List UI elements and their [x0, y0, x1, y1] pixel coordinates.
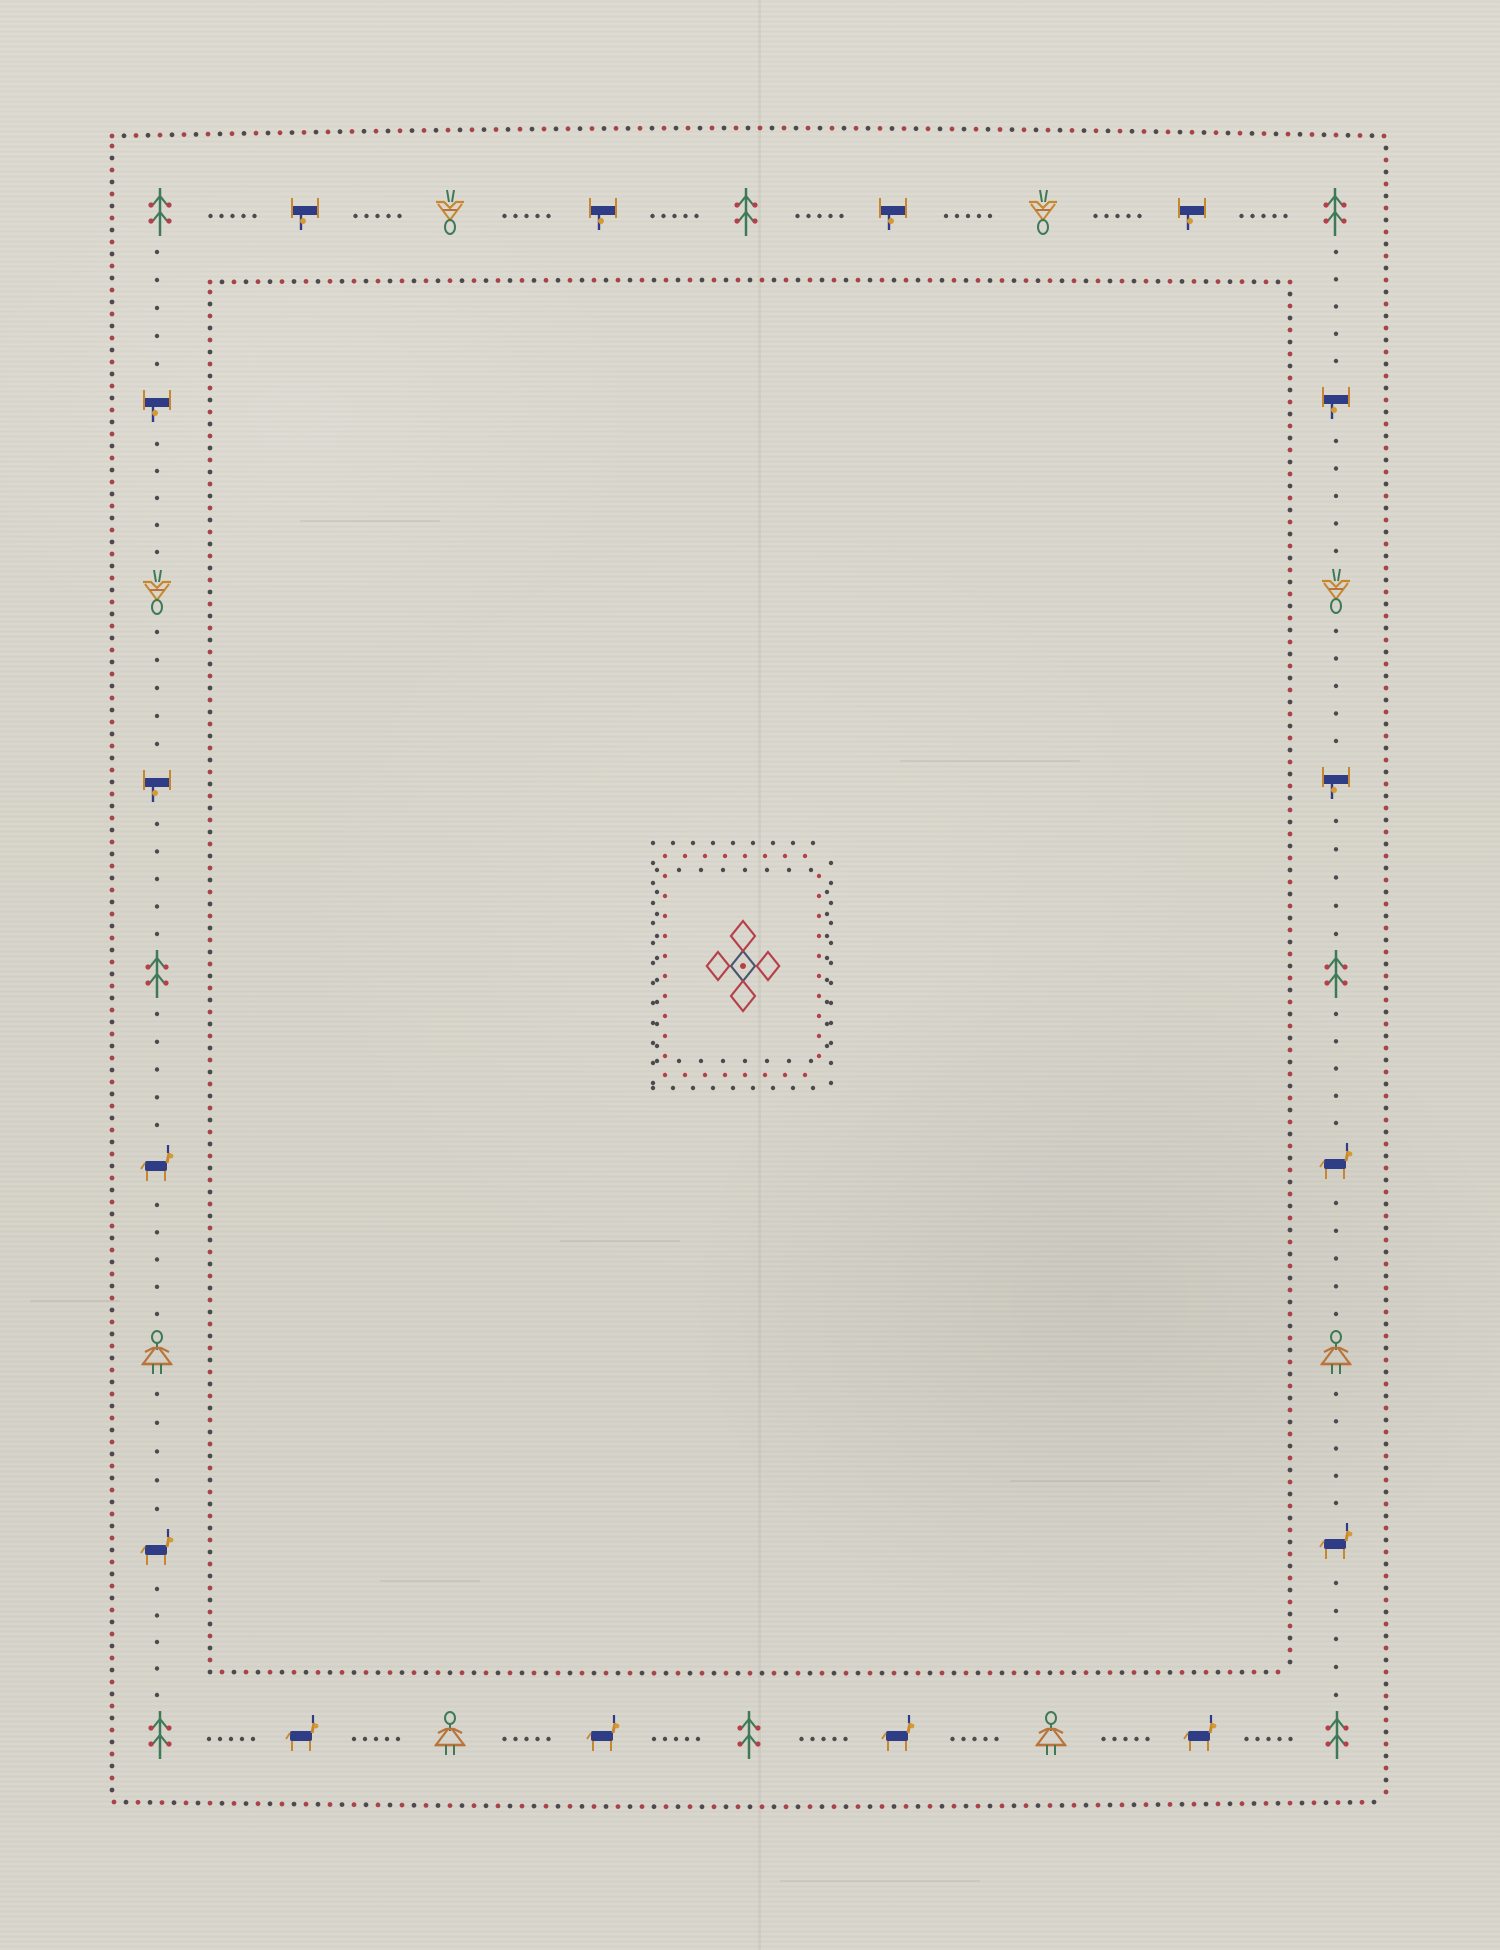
knot-dot [842, 126, 847, 131]
knot-dot [1334, 684, 1338, 688]
knot-dot [362, 129, 367, 134]
knot-dot [1288, 1228, 1293, 1233]
knot-dot [1334, 629, 1338, 633]
knot-dot [1288, 364, 1293, 369]
knot-dot [1084, 279, 1089, 284]
knot-dot [651, 981, 655, 985]
knot-dot [508, 1804, 513, 1809]
knot-dot [892, 1804, 897, 1809]
knot-dot [743, 1059, 747, 1063]
border-motifs [141, 188, 1352, 1759]
knot-dot [676, 1804, 681, 1809]
knot-dot [1384, 794, 1389, 799]
knot-dot [110, 1224, 115, 1229]
knot-dot [1334, 549, 1338, 553]
knot-dot [340, 279, 345, 284]
knot-dot [1384, 626, 1389, 631]
knot-dot [208, 470, 213, 475]
knot-dot [110, 1644, 115, 1649]
knot-dot [364, 1670, 369, 1675]
knot-dot [1288, 952, 1293, 957]
knot-dot [352, 1737, 356, 1741]
knot-dot [110, 864, 115, 869]
knot-dot [1288, 1192, 1293, 1197]
knot-dot [1384, 326, 1389, 331]
knot-dot [110, 1752, 115, 1757]
knot-dot [1022, 127, 1027, 132]
knot-dot [110, 1524, 115, 1529]
knot-dot [155, 334, 159, 338]
knot-dot [688, 278, 693, 283]
knot-dot [1384, 1682, 1389, 1687]
knot-dot [208, 434, 213, 439]
knot-dot [580, 278, 585, 283]
knot-dot [1288, 724, 1293, 729]
knot-dot [1166, 130, 1171, 135]
knot-dot [1228, 1801, 1233, 1806]
knot-dot [655, 1022, 659, 1026]
knot-dot [208, 1538, 213, 1543]
knot-dot [1384, 1610, 1389, 1615]
knot-dot [155, 1421, 159, 1425]
knot-dot [1000, 278, 1005, 283]
knot-dot [110, 1428, 115, 1433]
knot-dot [810, 1737, 814, 1741]
knot-dot [699, 1059, 703, 1063]
knot-dot [902, 126, 907, 131]
knot-dot [787, 868, 791, 872]
knot-dot [829, 981, 833, 985]
knot-dot [1384, 1118, 1389, 1123]
knot-dot [722, 126, 727, 131]
knot-dot [1384, 206, 1389, 211]
knot-dot [1334, 439, 1338, 443]
knot-dot [208, 410, 213, 415]
knot-dot [1084, 1803, 1089, 1808]
knot-dot [663, 1737, 667, 1741]
knot-dot [1239, 214, 1243, 218]
knot-dot [1384, 878, 1389, 883]
tree-motif-icon [148, 1711, 171, 1759]
knot-dot [1334, 304, 1338, 308]
knot-dot [146, 133, 151, 138]
knot-dot [1384, 614, 1389, 619]
knot-dot [208, 962, 213, 967]
knot-dot [1384, 1478, 1389, 1483]
knot-dot [651, 1001, 655, 1005]
knot-dot [1384, 818, 1389, 823]
knot-dot [155, 742, 159, 746]
loom-motif-icon [590, 198, 616, 230]
knot-dot [110, 444, 115, 449]
knot-dot [1115, 214, 1119, 218]
knot-dot [155, 250, 159, 254]
knot-dot [155, 1067, 159, 1071]
knot-dot [208, 698, 213, 703]
knot-dot [817, 954, 821, 958]
knot-dot [482, 127, 487, 132]
knot-dot [1288, 664, 1293, 669]
flower-motif-icon [436, 190, 464, 234]
knot-dot [208, 650, 213, 655]
knot-dot [208, 1058, 213, 1063]
knot-dot [207, 1737, 211, 1741]
knot-dot [683, 214, 687, 218]
knot-dot [674, 1737, 678, 1741]
knot-dot [1288, 856, 1293, 861]
knot-dot [890, 126, 895, 131]
knot-dot [208, 794, 213, 799]
knot-dot [1288, 1156, 1293, 1161]
knot-dot [208, 1262, 213, 1267]
knot-dot [1384, 1082, 1389, 1087]
knot-dot [723, 854, 727, 858]
knot-dot [110, 996, 115, 1001]
knot-dot [110, 540, 115, 545]
knot-dot [950, 1737, 954, 1741]
knot-dot [1384, 218, 1389, 223]
knot-dot [1384, 1550, 1389, 1555]
woman-motif-icon [142, 1331, 172, 1374]
knot-dot [1168, 1802, 1173, 1807]
knot-dot [652, 1804, 657, 1809]
knot-dot [817, 934, 821, 938]
knot-dot [155, 630, 159, 634]
knot-dot [1156, 1670, 1161, 1675]
knot-dot [160, 1800, 165, 1805]
knot-dot [208, 326, 213, 331]
tree-motif-icon [1325, 1711, 1348, 1759]
knot-dot [950, 127, 955, 132]
knot-dot [208, 1406, 213, 1411]
knot-dot [1046, 128, 1051, 133]
knot-dot [1288, 352, 1293, 357]
knot-dot [364, 1802, 369, 1807]
knot-dot [892, 1671, 897, 1676]
knot-dot [746, 126, 751, 131]
knot-dot [1288, 580, 1293, 585]
knot-dot [208, 494, 213, 499]
knot-dot [1384, 1490, 1389, 1495]
knot-dot [1384, 290, 1389, 295]
knot-dot [1000, 1671, 1005, 1676]
knot-dot [1384, 386, 1389, 391]
knot-dot [1384, 1382, 1389, 1387]
rug-photo [0, 0, 1500, 1950]
knot-dot [736, 1804, 741, 1809]
knot-dot [220, 1670, 225, 1675]
knot-dot [1192, 1670, 1197, 1675]
knot-dot [1384, 698, 1389, 703]
knot-dot [542, 127, 547, 132]
knot-dot [1130, 129, 1135, 134]
knot-dot [208, 1346, 213, 1351]
knot-dot [1144, 1802, 1149, 1807]
knot-dot [602, 126, 607, 131]
knot-dot [386, 214, 390, 218]
knot-dot [110, 348, 115, 353]
knot-dot [1154, 129, 1159, 134]
knot-dot [772, 278, 777, 283]
knot-dot [683, 1073, 687, 1077]
knot-dot [535, 214, 539, 218]
knot-dot [1384, 854, 1389, 859]
knot-dot [1384, 242, 1389, 247]
knot-dot [182, 132, 187, 137]
knot-dot [817, 994, 821, 998]
knot-dot [1358, 133, 1363, 138]
knot-dot [663, 974, 667, 978]
knot-dot [651, 1061, 655, 1065]
knot-dot [508, 1671, 513, 1676]
knot-dot [1261, 214, 1265, 218]
knot-dot [676, 278, 681, 283]
knot-dot [825, 1044, 829, 1048]
knot-dot [914, 126, 919, 131]
knot-dot [1334, 1201, 1338, 1205]
knot-dot [1334, 1229, 1338, 1233]
knot-dot [988, 1804, 993, 1809]
knot-dot [208, 1454, 213, 1459]
knot-dot [110, 1236, 115, 1241]
knot-dot [256, 1670, 261, 1675]
knot-dot [110, 756, 115, 761]
knot-dot [1288, 1096, 1293, 1101]
knot-dot [1036, 1803, 1041, 1808]
knot-dot [940, 1804, 945, 1809]
knot-dot [208, 542, 213, 547]
knot-dot [136, 1800, 141, 1805]
knot-dot [363, 1737, 367, 1741]
knot-dot [829, 1021, 833, 1025]
knot-dot [580, 1804, 585, 1809]
knot-dot [208, 1502, 213, 1507]
knot-dot [208, 1382, 213, 1387]
knot-dot [1190, 130, 1195, 135]
knot-dot [1288, 976, 1293, 981]
knot-dot [208, 1082, 213, 1087]
knot-dot [208, 1238, 213, 1243]
diamond-motif-icon [731, 921, 755, 951]
knot-dot [700, 1671, 705, 1676]
knot-dot [661, 214, 665, 218]
knot-dot [412, 1803, 417, 1808]
knot-dot [496, 1671, 501, 1676]
knot-dot [110, 1116, 115, 1121]
knot-dot [244, 1670, 249, 1675]
knot-dot [110, 1272, 115, 1277]
knot-dot [651, 841, 655, 845]
loom-motif-icon [1323, 767, 1349, 799]
knot-dot [1288, 436, 1293, 441]
knot-dot [194, 132, 199, 137]
knot-dot [1372, 1800, 1377, 1805]
knot-dot [1334, 1312, 1338, 1316]
knot-dot [671, 1086, 675, 1090]
knot-dot [655, 978, 659, 982]
knot-dot [1384, 1586, 1389, 1591]
knot-dot [1288, 892, 1293, 897]
knot-dot [110, 768, 115, 773]
knot-dot [110, 456, 115, 461]
knot-dot [208, 214, 212, 218]
knot-dot [592, 1671, 597, 1676]
knot-dot [1288, 1168, 1293, 1173]
knot-dot [1384, 770, 1389, 775]
knot-dot [292, 1670, 297, 1675]
knot-dot [1384, 1094, 1389, 1099]
knot-dot [110, 324, 115, 329]
knot-dot [1288, 1108, 1293, 1113]
goat-motif-icon [1184, 1715, 1216, 1751]
knot-dot [1288, 640, 1293, 645]
knot-dot [1334, 277, 1338, 281]
knot-dot [1252, 1670, 1257, 1675]
knot-dot [400, 1803, 405, 1808]
knot-dot [952, 278, 957, 283]
knot-dot [110, 192, 115, 197]
knot-dot [795, 214, 799, 218]
knot-dot [208, 302, 213, 307]
knot-dot [976, 1804, 981, 1809]
knot-dot [1288, 1492, 1293, 1497]
knot-dot [110, 1704, 115, 1709]
knot-dot [1288, 940, 1293, 945]
knot-dot [1288, 1420, 1293, 1425]
knot-dot [1334, 739, 1338, 743]
knot-dot [350, 129, 355, 134]
knot-dot [110, 588, 115, 593]
knot-dot [110, 744, 115, 749]
knot-dot [436, 1803, 441, 1808]
knot-dot [1384, 662, 1389, 667]
knot-dot [110, 1776, 115, 1781]
knot-dot [651, 881, 655, 885]
knot-dot [1310, 132, 1315, 137]
knot-dot [530, 127, 535, 132]
knot-dot [1288, 964, 1293, 969]
knot-dot [740, 963, 746, 969]
knot-dot [703, 854, 707, 858]
knot-dot [1132, 1802, 1137, 1807]
goat-motif-icon [587, 1715, 619, 1751]
knot-dot [110, 1668, 115, 1673]
knot-dot [170, 132, 175, 137]
knot-dot [208, 926, 213, 931]
knot-dot [1334, 466, 1338, 470]
knot-dot [532, 278, 537, 283]
knot-dot [208, 854, 213, 859]
knot-dot [694, 214, 698, 218]
knot-dot [1334, 133, 1339, 138]
knot-dot [663, 1054, 667, 1058]
knot-dot [376, 1670, 381, 1675]
knot-dot [1384, 1046, 1389, 1051]
knot-dot [829, 1001, 833, 1005]
knot-dot [1024, 278, 1029, 283]
knot-dot [1106, 129, 1111, 134]
knot-dot [663, 934, 667, 938]
knot-dot [1384, 986, 1389, 991]
knot-dot [208, 446, 213, 451]
knot-dot [1012, 1671, 1017, 1676]
knot-dot [663, 1034, 667, 1038]
knot-dot [832, 278, 837, 283]
knot-dot [566, 126, 571, 131]
knot-dot [1288, 1060, 1293, 1065]
knot-dot [208, 1550, 213, 1555]
knot-dot [155, 306, 159, 310]
knot-dot [1288, 1801, 1293, 1806]
knot-dot [1288, 484, 1293, 489]
knot-dot [110, 288, 115, 293]
knot-dot [1214, 130, 1219, 135]
knot-dot [952, 1804, 957, 1809]
knot-dot [652, 1671, 657, 1676]
knot-dot [496, 1804, 501, 1809]
knot-dot [765, 1059, 769, 1063]
knot-dot [232, 1670, 237, 1675]
knot-dot [1288, 760, 1293, 765]
knot-dot [1096, 1670, 1101, 1675]
knot-dot [1288, 868, 1293, 873]
knot-dot [110, 792, 115, 797]
knot-dot [1202, 130, 1207, 135]
knot-dot [208, 1586, 213, 1591]
knot-dot [592, 1804, 597, 1809]
knot-dot [1384, 1226, 1389, 1231]
knot-dot [1288, 412, 1293, 417]
knot-dot [843, 1737, 847, 1741]
knot-dot [304, 279, 309, 284]
knot-dot [856, 1804, 861, 1809]
knot-dot [734, 126, 739, 131]
knot-dot [208, 830, 213, 835]
knot-dot [208, 1310, 213, 1315]
knot-dot [688, 1804, 693, 1809]
knot-dot [110, 624, 115, 629]
knot-dot [1288, 1456, 1293, 1461]
knot-dot [1288, 1072, 1293, 1077]
knot-dot [110, 816, 115, 821]
knot-dot [1384, 950, 1389, 955]
knot-dot [748, 278, 753, 283]
knot-dot [1384, 1178, 1389, 1183]
knot-dot [1288, 1012, 1293, 1017]
knot-dot [1334, 1121, 1338, 1125]
knot-dot [110, 660, 115, 665]
knot-dot [743, 868, 747, 872]
knot-dot [817, 1014, 821, 1018]
knot-dot [1384, 1730, 1389, 1735]
tree-motif-icon [148, 188, 171, 236]
knot-dot [1384, 1514, 1389, 1519]
knot-dot [1360, 1800, 1365, 1805]
knot-dot [803, 1073, 807, 1077]
knot-dot [1334, 1609, 1338, 1613]
knot-dot [1048, 1803, 1053, 1808]
knot-dot [677, 868, 681, 872]
knot-dot [1288, 1264, 1293, 1269]
knot-dot [1288, 1516, 1293, 1521]
knot-dot [721, 868, 725, 872]
knot-dot [544, 278, 549, 283]
knot-dot [1384, 1022, 1389, 1027]
knot-dot [110, 732, 115, 737]
knot-dot [760, 1804, 765, 1809]
knot-dot [1384, 410, 1389, 415]
knot-dot [1012, 278, 1017, 283]
